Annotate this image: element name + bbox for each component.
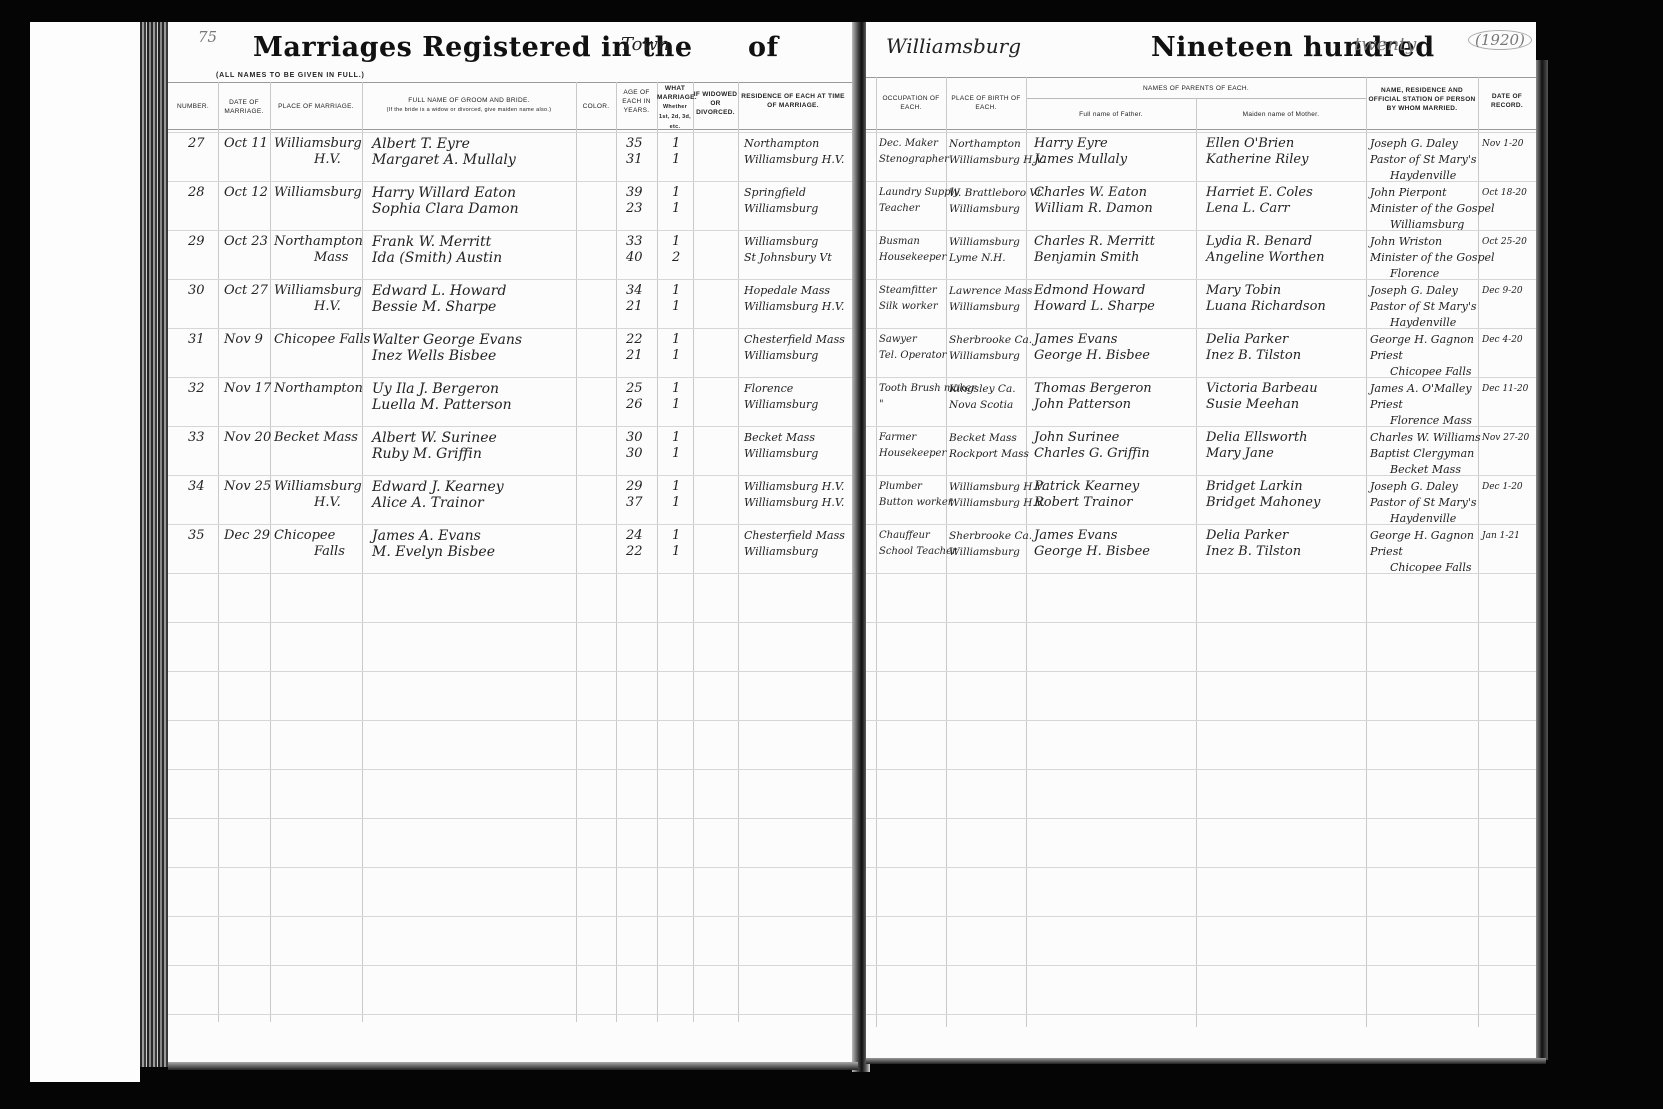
record-date: Oct 11 bbox=[224, 136, 268, 152]
record-number: 29 bbox=[188, 234, 218, 250]
row-line bbox=[866, 916, 1536, 917]
record-date: Oct 12 bbox=[224, 185, 268, 201]
record-date: Nov 20 bbox=[224, 430, 271, 446]
left-page-bottom-edge bbox=[168, 1062, 858, 1070]
header-parents: NAMES OF PARENTS OF EACH. bbox=[1026, 84, 1366, 93]
record-residence: FlorenceWilliamsburg bbox=[744, 381, 818, 413]
instruction-note: (ALL NAMES TO BE GIVEN IN FULL.) bbox=[216, 72, 365, 79]
record-place: Williamsburg bbox=[274, 185, 362, 201]
record-marriage-number: 11 bbox=[672, 381, 680, 413]
record-row: 28 Oct 12 Williamsburg Harry Willard Eat… bbox=[168, 181, 858, 230]
record-number: 32 bbox=[188, 381, 218, 397]
right-page-edge bbox=[1536, 60, 1548, 1060]
row-line bbox=[168, 328, 858, 329]
record-date: Dec 29 bbox=[224, 528, 270, 544]
record-mother: Harriet E. ColesLena L. Carr bbox=[1206, 185, 1313, 217]
record-occupation: BusmanHousekeeper bbox=[879, 234, 946, 266]
record-residence: Becket MassWilliamsburg bbox=[744, 430, 818, 462]
left-page: 75 Marriages Registered in the Town of (… bbox=[168, 22, 858, 1067]
record-number: 28 bbox=[188, 185, 218, 201]
record-residence: Chesterfield MassWilliamsburg bbox=[744, 332, 845, 364]
row-line bbox=[866, 720, 1536, 721]
record-row: Laundry SupplyTeacher W. Brattleboro Vt.… bbox=[866, 181, 1536, 230]
record-father: Edmond HowardHoward L. Sharpe bbox=[1034, 283, 1155, 315]
record-birthplace: Kingsley Ca.Nova Scotia bbox=[949, 381, 1016, 413]
record-row: Tooth Brush maker" Kingsley Ca.Nova Scot… bbox=[866, 377, 1536, 426]
row-line bbox=[168, 965, 858, 966]
header-residence: RESIDENCE OF EACH AT TIME OF MARRIAGE. bbox=[738, 92, 848, 110]
record-ages: 3340 bbox=[626, 234, 643, 266]
record-residence: NorthamptonWilliamsburg H.V. bbox=[744, 136, 844, 168]
record-mother: Bridget LarkinBridget Mahoney bbox=[1206, 479, 1320, 511]
record-birthplace: WilliamsburgLyme N.H. bbox=[949, 234, 1020, 266]
page-number: 75 bbox=[198, 28, 217, 46]
record-place: Northampton bbox=[274, 381, 363, 397]
record-row: ChauffeurSchool Teacher Sherbrooke Ca.Wi… bbox=[866, 524, 1536, 573]
record-place: WilliamsburgH.V. bbox=[274, 283, 362, 315]
record-row: FarmerHousekeeper Becket MassRockport Ma… bbox=[866, 426, 1536, 475]
header-officiant: NAME, RESIDENCE AND OFFICIAL STATION OF … bbox=[1366, 86, 1478, 113]
row-line bbox=[168, 573, 858, 574]
row-line bbox=[168, 818, 858, 819]
record-residence: WilliamsburgSt Johnsbury Vt bbox=[744, 234, 832, 266]
row-line bbox=[168, 279, 858, 280]
record-date-of-record: Dec 9-20 bbox=[1482, 283, 1523, 299]
row-line bbox=[168, 132, 858, 133]
record-date-of-record: Oct 25-20 bbox=[1482, 234, 1527, 250]
record-row: 29 Oct 23 NorthamptonMass Frank W. Merri… bbox=[168, 230, 858, 279]
record-names: Albert T. EyreMargaret A. Mullaly bbox=[372, 136, 516, 168]
record-marriage-number: 11 bbox=[672, 430, 680, 462]
record-row: SawyerTel. Operator Sherbrooke Ca.Willia… bbox=[866, 328, 1536, 377]
record-number: 31 bbox=[188, 332, 218, 348]
record-occupation: PlumberButton worker bbox=[879, 479, 953, 511]
row-line bbox=[168, 377, 858, 378]
row-line bbox=[866, 377, 1536, 378]
record-father: Thomas BergeronJohn Patterson bbox=[1034, 381, 1152, 413]
record-occupation: SteamfitterSilk worker bbox=[879, 283, 938, 315]
record-date: Nov 9 bbox=[224, 332, 263, 348]
record-row: 31 Nov 9 Chicopee Falls Walter George Ev… bbox=[168, 328, 858, 377]
record-names: Albert W. SurineeRuby M. Griffin bbox=[372, 430, 497, 462]
blank-margin bbox=[30, 22, 140, 1082]
row-line bbox=[866, 279, 1536, 280]
town-name: Williamsburg bbox=[886, 34, 1021, 58]
header-bottom-rule bbox=[866, 129, 1536, 130]
row-line bbox=[866, 671, 1536, 672]
right-page: Williamsburg Nineteen hundred twenty (19… bbox=[866, 22, 1536, 1062]
record-row: 30 Oct 27 WilliamsburgH.V. Edward L. How… bbox=[168, 279, 858, 328]
row-line bbox=[168, 867, 858, 868]
row-line bbox=[866, 524, 1536, 525]
header-bottom-rule bbox=[168, 129, 858, 130]
row-line bbox=[168, 181, 858, 182]
header-occupation: OCCUPATION OF EACH. bbox=[876, 94, 946, 112]
header-color: COLOR. bbox=[576, 102, 616, 111]
jurisdiction-type: Town bbox=[621, 34, 669, 55]
record-marriage-number: 11 bbox=[672, 136, 680, 168]
record-marriage-number: 11 bbox=[672, 528, 680, 560]
header-top-rule bbox=[866, 77, 1536, 78]
record-ages: 3030 bbox=[626, 430, 643, 462]
record-birthplace: W. Brattleboro Vt.Williamsburg bbox=[949, 185, 1045, 217]
record-number: 33 bbox=[188, 430, 218, 446]
year-written: twenty bbox=[1354, 34, 1416, 55]
record-officiant: John PierpontMinister of the GospelWilli… bbox=[1370, 185, 1495, 233]
record-birthplace: Williamsburg H.V.Williamsburg H.V. bbox=[949, 479, 1045, 511]
header-age: AGE OF EACH IN YEARS. bbox=[616, 88, 657, 115]
record-birthplace: NorthamptonWilliamsburg H.V. bbox=[949, 136, 1045, 168]
record-officiant: George H. GagnonPriestChicopee Falls bbox=[1370, 332, 1474, 380]
header-father: Full name of Father. bbox=[1026, 110, 1196, 119]
header-number: NUMBER. bbox=[168, 102, 218, 111]
record-ages: 2526 bbox=[626, 381, 643, 413]
record-residence: Chesterfield MassWilliamsburg bbox=[744, 528, 845, 560]
year-circled: (1920) bbox=[1468, 30, 1532, 50]
row-line bbox=[866, 230, 1536, 231]
record-names: Edward L. HowardBessie M. Sharpe bbox=[372, 283, 506, 315]
record-date-of-record: Oct 18-20 bbox=[1482, 185, 1527, 201]
record-number: 34 bbox=[188, 479, 218, 495]
record-officiant: John WristonMinister of the GospelFloren… bbox=[1370, 234, 1495, 282]
row-line bbox=[168, 622, 858, 623]
of-label: of bbox=[748, 32, 779, 63]
row-line bbox=[168, 475, 858, 476]
header-date: DATE OF MARRIAGE. bbox=[218, 98, 270, 116]
record-mother: Victoria BarbeauSusie Meehan bbox=[1206, 381, 1318, 413]
row-line bbox=[866, 573, 1536, 574]
record-date-of-record: Nov 1-20 bbox=[1482, 136, 1523, 152]
record-occupation: SawyerTel. Operator bbox=[879, 332, 946, 364]
record-ages: 2937 bbox=[626, 479, 643, 511]
record-father: James EvansGeorge H. Bisbee bbox=[1034, 528, 1150, 560]
record-birthplace: Becket MassRockport Mass bbox=[949, 430, 1029, 462]
row-line bbox=[866, 426, 1536, 427]
record-marriage-number: 11 bbox=[672, 332, 680, 364]
record-officiant: Charles W. WilliamsBaptist ClergymanBeck… bbox=[1370, 430, 1481, 478]
record-father: Patrick KearneyRobert Trainor bbox=[1034, 479, 1139, 511]
record-marriage-number: 11 bbox=[672, 479, 680, 511]
record-date-of-record: Dec 4-20 bbox=[1482, 332, 1523, 348]
record-father: John SurineeCharles G. Griffin bbox=[1034, 430, 1150, 462]
header-birthplace: PLACE OF BIRTH OF EACH. bbox=[946, 94, 1026, 112]
record-row: 34 Nov 25 WilliamsburgH.V. Edward J. Kea… bbox=[168, 475, 858, 524]
record-ages: 2221 bbox=[626, 332, 643, 364]
record-mother: Delia EllsworthMary Jane bbox=[1206, 430, 1308, 462]
row-line bbox=[866, 475, 1536, 476]
record-place: Becket Mass bbox=[274, 430, 358, 446]
row-line bbox=[168, 524, 858, 525]
record-father: Harry EyreJames Mullaly bbox=[1034, 136, 1127, 168]
header-place: PLACE OF MARRIAGE. bbox=[270, 102, 362, 111]
record-date-of-record: Dec 11-20 bbox=[1482, 381, 1528, 397]
row-line bbox=[866, 622, 1536, 623]
record-place: WilliamsburgH.V. bbox=[274, 136, 362, 168]
row-line bbox=[866, 867, 1536, 868]
record-date: Oct 23 bbox=[224, 234, 268, 250]
record-row: 27 Oct 11 WilliamsburgH.V. Albert T. Eyr… bbox=[168, 132, 858, 181]
row-line bbox=[168, 720, 858, 721]
header-mother: Maiden name of Mother. bbox=[1196, 110, 1366, 119]
record-date-of-record: Dec 1-20 bbox=[1482, 479, 1523, 495]
record-row: 32 Nov 17 Northampton Uy Ila J. Bergeron… bbox=[168, 377, 858, 426]
record-mother: Lydia R. BenardAngeline Worthen bbox=[1206, 234, 1324, 266]
row-line bbox=[866, 1014, 1536, 1015]
record-row: 35 Dec 29 ChicopeeFalls James A. EvansM.… bbox=[168, 524, 858, 573]
record-number: 35 bbox=[188, 528, 218, 544]
record-mother: Ellen O'BrienKatherine Riley bbox=[1206, 136, 1308, 168]
record-place: ChicopeeFalls bbox=[274, 528, 345, 560]
record-number: 27 bbox=[188, 136, 218, 152]
record-residence: SpringfieldWilliamsburg bbox=[744, 185, 818, 217]
row-line bbox=[168, 916, 858, 917]
record-names: Frank W. MerrittIda (Smith) Austin bbox=[372, 234, 502, 266]
record-officiant: Joseph G. DaleyPastor of St Mary'sHayden… bbox=[1370, 283, 1477, 331]
record-date: Oct 27 bbox=[224, 283, 268, 299]
row-line bbox=[168, 1014, 858, 1015]
header-what-marriage: WHAT MARRIAGE. Whether 1st, 2d, 3d, etc. bbox=[657, 84, 693, 132]
record-officiant: Joseph G. DaleyPastor of St Mary'sHayden… bbox=[1370, 136, 1477, 184]
row-line bbox=[168, 671, 858, 672]
record-marriage-number: 11 bbox=[672, 185, 680, 217]
record-officiant: George H. GagnonPriestChicopee Falls bbox=[1370, 528, 1474, 576]
header-top-rule bbox=[168, 82, 858, 83]
record-occupation: Laundry SupplyTeacher bbox=[879, 185, 959, 217]
record-row: PlumberButton worker Williamsburg H.V.Wi… bbox=[866, 475, 1536, 524]
record-ages: 3531 bbox=[626, 136, 643, 168]
record-names: Walter George EvansInez Wells Bisbee bbox=[372, 332, 522, 364]
row-line bbox=[866, 328, 1536, 329]
row-line bbox=[866, 769, 1536, 770]
record-date-of-record: Jan 1-21 bbox=[1482, 528, 1520, 544]
record-row: BusmanHousekeeper WilliamsburgLyme N.H. … bbox=[866, 230, 1536, 279]
record-row: SteamfitterSilk worker Lawrence MassWill… bbox=[866, 279, 1536, 328]
record-residence: Williamsburg H.V.Williamsburg H.V. bbox=[744, 479, 844, 511]
record-ages: 2422 bbox=[626, 528, 643, 560]
record-row: Dec. MakerStenographer NorthamptonWillia… bbox=[866, 132, 1536, 181]
record-father: Charles W. EatonWilliam R. Damon bbox=[1034, 185, 1153, 217]
record-place: Chicopee Falls bbox=[274, 332, 370, 348]
record-residence: Hopedale MassWilliamsburg H.V. bbox=[744, 283, 844, 315]
header-widowed: IF WIDOWED OR DIVORCED. bbox=[693, 90, 738, 117]
record-marriage-number: 12 bbox=[672, 234, 680, 266]
record-date: Nov 25 bbox=[224, 479, 271, 495]
row-line bbox=[168, 426, 858, 427]
right-page-bottom-edge bbox=[866, 1058, 1546, 1064]
record-birthplace: Sherbrooke Ca.Williamsburg bbox=[949, 528, 1032, 560]
record-officiant: James A. O'MalleyPriestFlorence Mass bbox=[1370, 381, 1472, 429]
row-line bbox=[168, 769, 858, 770]
row-line bbox=[866, 818, 1536, 819]
record-ages: 3421 bbox=[626, 283, 643, 315]
record-place: WilliamsburgH.V. bbox=[274, 479, 362, 511]
page-edge-stack bbox=[140, 22, 170, 1067]
record-ages: 3923 bbox=[626, 185, 643, 217]
record-place: NorthamptonMass bbox=[274, 234, 363, 266]
row-line bbox=[866, 965, 1536, 966]
row-line bbox=[866, 132, 1536, 133]
record-number: 30 bbox=[188, 283, 218, 299]
record-mother: Delia ParkerInez B. Tilston bbox=[1206, 332, 1301, 364]
record-officiant: Joseph G. DaleyPastor of St Mary'sHayden… bbox=[1370, 479, 1477, 527]
record-occupation: FarmerHousekeeper bbox=[879, 430, 946, 462]
record-date-of-record: Nov 27-20 bbox=[1482, 430, 1529, 446]
record-row: 33 Nov 20 Becket Mass Albert W. SurineeR… bbox=[168, 426, 858, 475]
row-line bbox=[866, 181, 1536, 182]
record-names: Uy Ila J. BergeronLuella M. Patterson bbox=[372, 381, 512, 413]
header-full-name: FULL NAME OF GROOM AND BRIDE. (If the br… bbox=[362, 96, 576, 115]
record-occupation: Dec. MakerStenographer bbox=[879, 136, 949, 168]
row-line bbox=[168, 230, 858, 231]
record-date: Nov 17 bbox=[224, 381, 271, 397]
header-date-of-record: DATE OF RECORD. bbox=[1478, 92, 1536, 110]
record-mother: Delia ParkerInez B. Tilston bbox=[1206, 528, 1301, 560]
record-names: Edward J. KearneyAlice A. Trainor bbox=[372, 479, 504, 511]
record-father: Charles R. MerrittBenjamin Smith bbox=[1034, 234, 1155, 266]
record-birthplace: Sherbrooke Ca.Williamsburg bbox=[949, 332, 1032, 364]
record-marriage-number: 11 bbox=[672, 283, 680, 315]
record-names: Harry Willard EatonSophia Clara Damon bbox=[372, 185, 519, 217]
record-father: James EvansGeorge H. Bisbee bbox=[1034, 332, 1150, 364]
record-occupation: ChauffeurSchool Teacher bbox=[879, 528, 957, 560]
record-birthplace: Lawrence MassWilliamsburg bbox=[949, 283, 1032, 315]
record-mother: Mary TobinLuana Richardson bbox=[1206, 283, 1326, 315]
record-names: James A. EvansM. Evelyn Bisbee bbox=[372, 528, 495, 560]
